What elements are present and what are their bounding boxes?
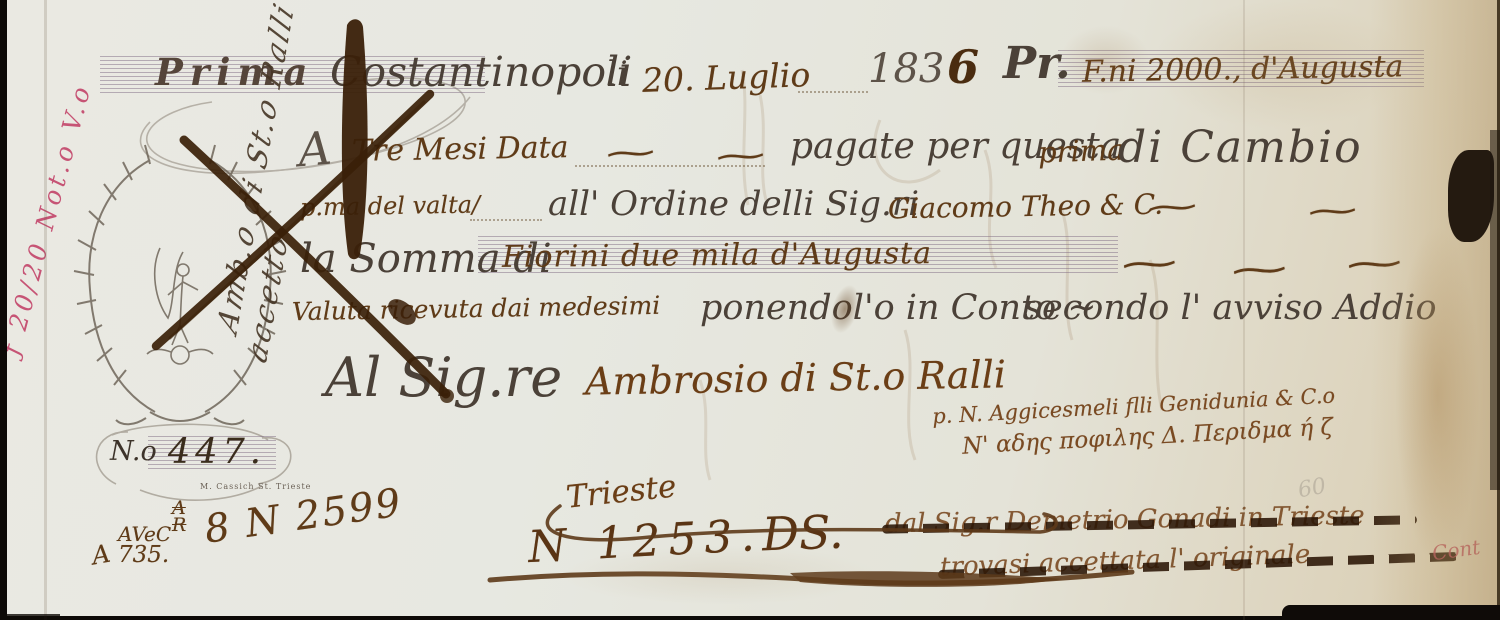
signature-swashes — [490, 506, 1132, 587]
ink-cancellation-layer — [0, 0, 1500, 620]
scan-dark-blob — [1448, 150, 1494, 242]
cancellation-x-strokes — [156, 94, 454, 403]
bill-of-exchange-document: ƒ 20/20 Not.o V.o Prima Costantinopoli l… — [0, 0, 1500, 620]
quill-ink-stroke — [342, 19, 368, 259]
scan-edge-left — [0, 0, 7, 620]
scan-edge-bottom-right — [1282, 605, 1500, 620]
scan-edge-bottom-left — [0, 614, 60, 620]
scan-edge-right — [1490, 130, 1500, 490]
